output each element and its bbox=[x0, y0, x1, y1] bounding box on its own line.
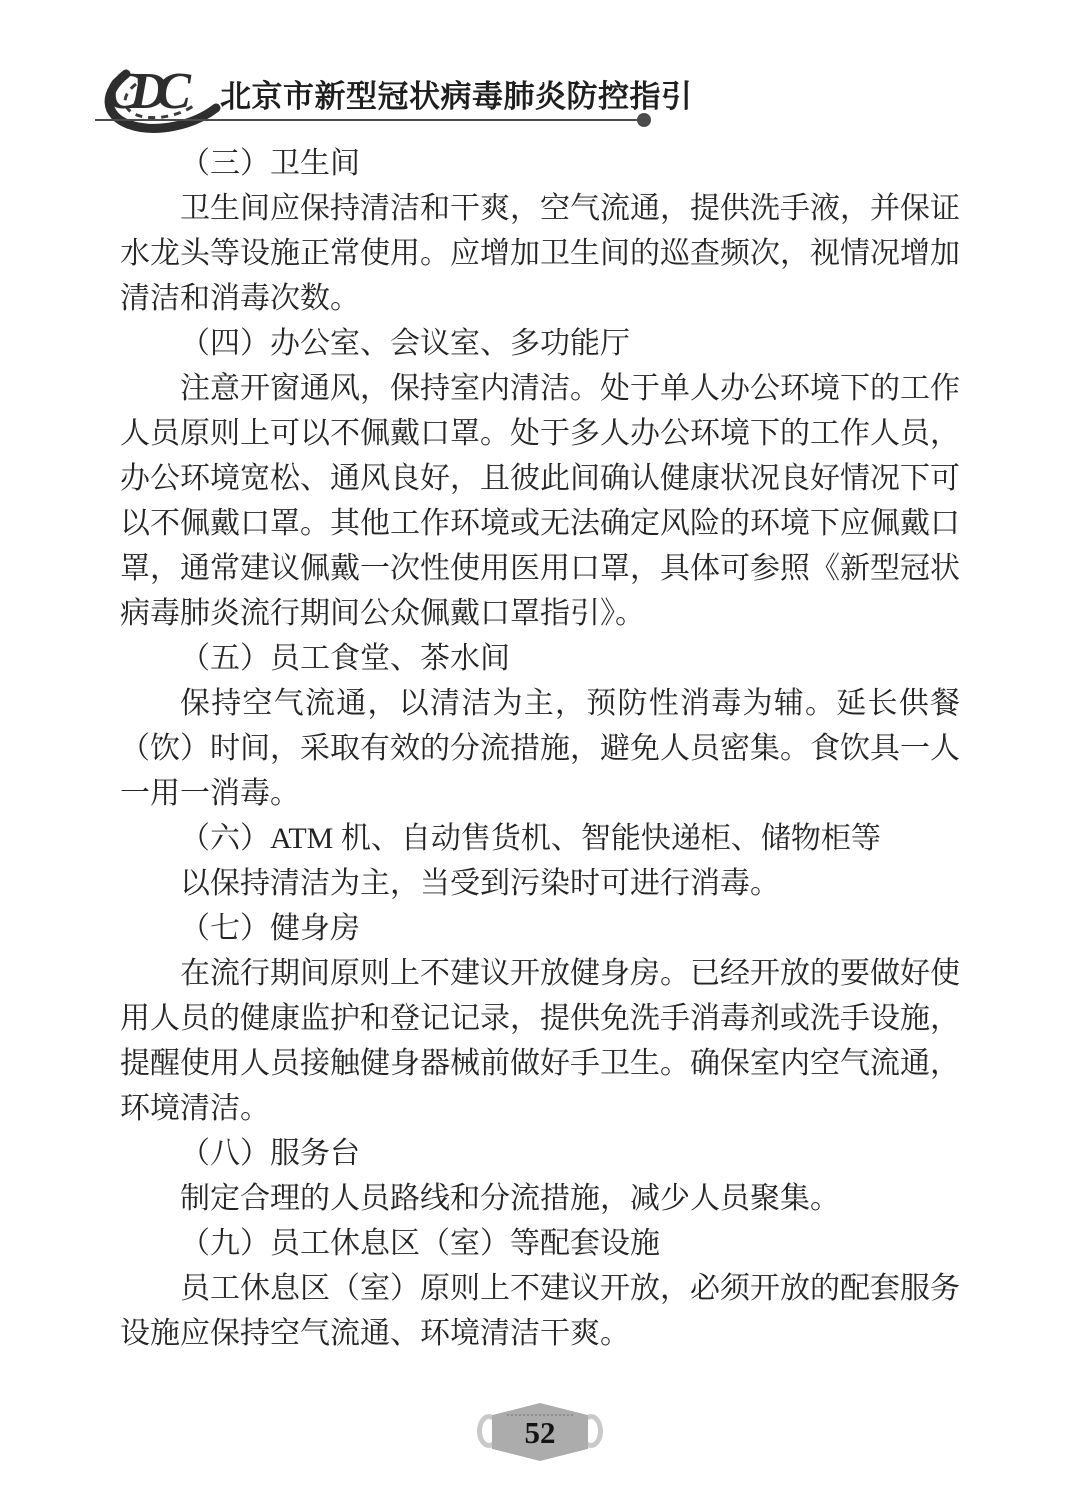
paragraph: 制定合理的人员路线和分流措施，减少人员聚集。 bbox=[120, 1176, 960, 1221]
section-heading: （三）卫生间 bbox=[120, 141, 960, 186]
logo-text: CDC bbox=[106, 63, 192, 120]
paragraph: 以保持清洁为主，当受到污染时可进行消毒。 bbox=[120, 861, 960, 906]
paragraph: 卫生间应保持清洁和干爽，空气流通，提供洗手液，并保证水龙头等设施正常使用。应增加… bbox=[120, 186, 960, 321]
section-heading: （七）健身房 bbox=[120, 906, 960, 951]
mask-body-icon: 52 bbox=[492, 1403, 588, 1461]
section-heading: （六）ATM 机、自动售货机、智能快递柜、储物柜等 bbox=[120, 816, 960, 861]
paragraph: 保持空气流通，以清洁为主，预防性消毒为辅。延长供餐（饮）时间，采取有效的分流措施… bbox=[120, 681, 960, 816]
paragraph: 在流行期间原则上不建议开放健身房。已经开放的要做好使用人员的健康监护和登记记录，… bbox=[120, 951, 960, 1131]
paragraph: 注意开窗通风，保持室内清洁。处于单人办公环境下的工作人员原则上可以不佩戴口罩。处… bbox=[120, 366, 960, 636]
document-content: （三）卫生间 卫生间应保持清洁和干爽，空气流通，提供洗手液，并保证水龙头等设施正… bbox=[120, 141, 960, 1356]
header-rule bbox=[95, 119, 643, 121]
section-heading: （五）员工食堂、茶水间 bbox=[120, 636, 960, 681]
section-heading: （九）员工休息区（室）等配套设施 bbox=[120, 1221, 960, 1266]
section-heading: （八）服务台 bbox=[120, 1131, 960, 1176]
document-page: CDC 北京市新型冠状病毒肺炎防控指引 （三）卫生间 卫生间应保持清洁和干爽，空… bbox=[0, 0, 1080, 1504]
page-number-mask-badge: 52 bbox=[492, 1403, 588, 1461]
mask-stitch-line bbox=[507, 1414, 572, 1416]
paragraph: 员工休息区（室）原则上不建议开放，必须开放的配套服务设施应保持空气流通、环境清洁… bbox=[120, 1266, 960, 1356]
section-heading: （四）办公室、会议室、多功能厅 bbox=[120, 321, 960, 366]
cdc-logo: CDC bbox=[92, 52, 222, 146]
page-number: 52 bbox=[525, 1415, 556, 1451]
header-rule-dot bbox=[637, 113, 651, 127]
page-title: 北京市新型冠状病毒肺炎防控指引 bbox=[220, 80, 693, 114]
cdc-logo-graphic: CDC bbox=[92, 52, 222, 146]
